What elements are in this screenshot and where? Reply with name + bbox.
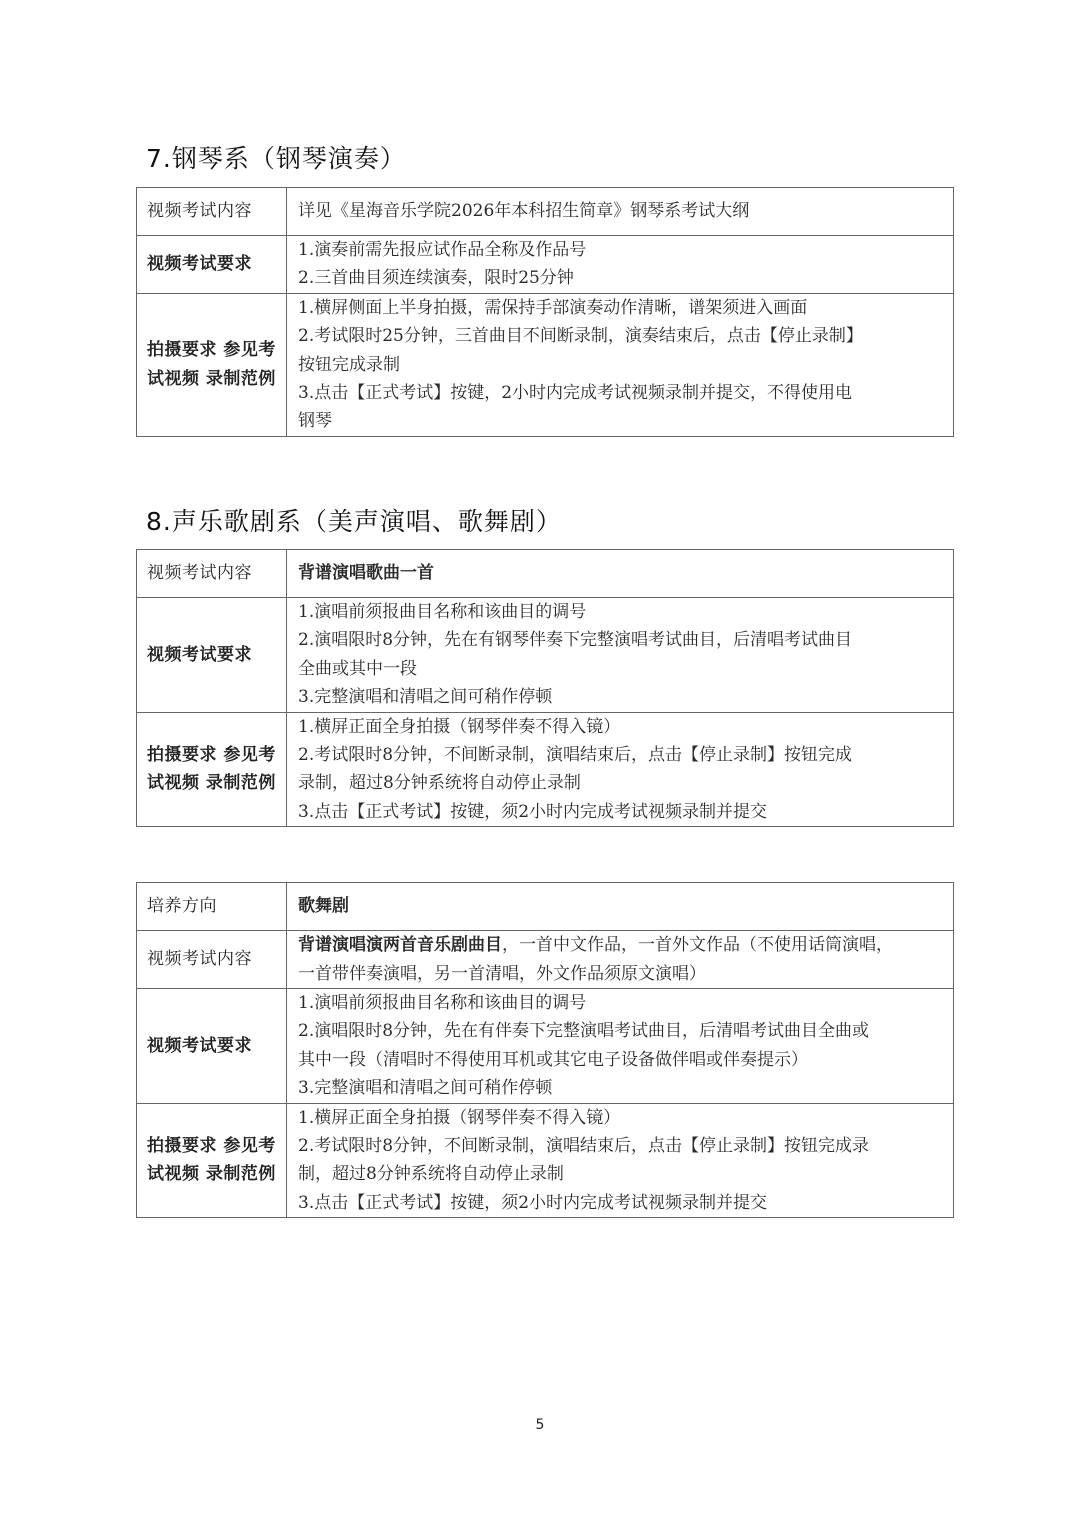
row-value: 背谱演唱演两首音乐剧曲目，一首中文作品，一首外文作品（不使用话筒演唱， 一首带伴… <box>287 931 954 989</box>
row-value: 1.横屏正面全身拍摄（钢琴伴奏不得入镜） 2.考试限时8分钟，不间断录制，演唱结… <box>287 1103 954 1218</box>
row-value: 1.演唱前须报曲目名称和该曲目的调号 2.演唱限时8分钟，先在有伴奏下完整演唱考… <box>287 989 954 1104</box>
musical-theatre-exam-table: 培养方向 歌舞剧 视频考试内容 背谱演唱演两首音乐剧曲目，一首中文作品，一首外文… <box>136 882 954 1218</box>
table-row: 拍摄要求 参见考试视频 录制范例 1.横屏正面全身拍摄（钢琴伴奏不得入镜） 2.… <box>137 712 954 827</box>
table-row: 视频考试内容 背谱演唱歌曲一首 <box>137 550 954 598</box>
row-label: 视频考试要求 <box>137 236 287 294</box>
table-row: 拍摄要求 参见考试视频 录制范例 1.横屏侧面上半身拍摄，需保持手部演奏动作清晰… <box>137 293 954 436</box>
row-label: 视频考试要求 <box>137 598 287 713</box>
row-value: 1.横屏正面全身拍摄（钢琴伴奏不得入镜） 2.考试限时8分钟，不间断录制，演唱结… <box>287 712 954 827</box>
row-value: 1.演奏前需先报应试作品全称及作品号 2.三首曲目须连续演奏，限时25分钟 <box>287 236 954 294</box>
table-row: 视频考试要求 1.演唱前须报曲目名称和该曲目的调号 2.演唱限时8分钟，先在有钢… <box>137 598 954 713</box>
row-label: 视频考试内容 <box>137 188 287 236</box>
table-row: 视频考试要求 1.演唱前须报曲目名称和该曲目的调号 2.演唱限时8分钟，先在有伴… <box>137 989 954 1104</box>
row-value: 歌舞剧 <box>287 883 954 931</box>
row-value: 背谱演唱歌曲一首 <box>287 550 954 598</box>
table-row: 视频考试内容 详见《星海音乐学院2026年本科招生简章》钢琴系考试大纲 <box>137 188 954 236</box>
row-label: 视频考试内容 <box>137 550 287 598</box>
row-label: 视频考试要求 <box>137 989 287 1104</box>
table-row: 视频考试内容 背谱演唱演两首音乐剧曲目，一首中文作品，一首外文作品（不使用话筒演… <box>137 931 954 989</box>
row-label: 视频考试内容 <box>137 931 287 989</box>
row-label: 拍摄要求 参见考试视频 录制范例 <box>137 1103 287 1218</box>
section-8-heading: 8.声乐歌剧系（美声演唱、歌舞剧） <box>146 505 562 539</box>
vocal-exam-table: 视频考试内容 背谱演唱歌曲一首 视频考试要求 1.演唱前须报曲目名称和该曲目的调… <box>136 549 954 827</box>
row-value: 1.演唱前须报曲目名称和该曲目的调号 2.演唱限时8分钟，先在有钢琴伴奏下完整演… <box>287 598 954 713</box>
row-value: 1.横屏侧面上半身拍摄，需保持手部演奏动作清晰，谱架须进入画面 2.考试限时25… <box>287 293 954 436</box>
row-label: 培养方向 <box>137 883 287 931</box>
row-label: 拍摄要求 参见考试视频 录制范例 <box>137 712 287 827</box>
row-label: 拍摄要求 参见考试视频 录制范例 <box>137 293 287 436</box>
piano-exam-table: 视频考试内容 详见《星海音乐学院2026年本科招生简章》钢琴系考试大纲 视频考试… <box>136 187 954 437</box>
table-row: 视频考试要求 1.演奏前需先报应试作品全称及作品号 2.三首曲目须连续演奏，限时… <box>137 236 954 294</box>
table-row: 拍摄要求 参见考试视频 录制范例 1.横屏正面全身拍摄（钢琴伴奏不得入镜） 2.… <box>137 1103 954 1218</box>
section-7-heading: 7.钢琴系（钢琴演奏） <box>146 142 406 176</box>
page-number: 5 <box>0 1417 1080 1433</box>
row-value: 详见《星海音乐学院2026年本科招生简章》钢琴系考试大纲 <box>287 188 954 236</box>
table-row: 培养方向 歌舞剧 <box>137 883 954 931</box>
